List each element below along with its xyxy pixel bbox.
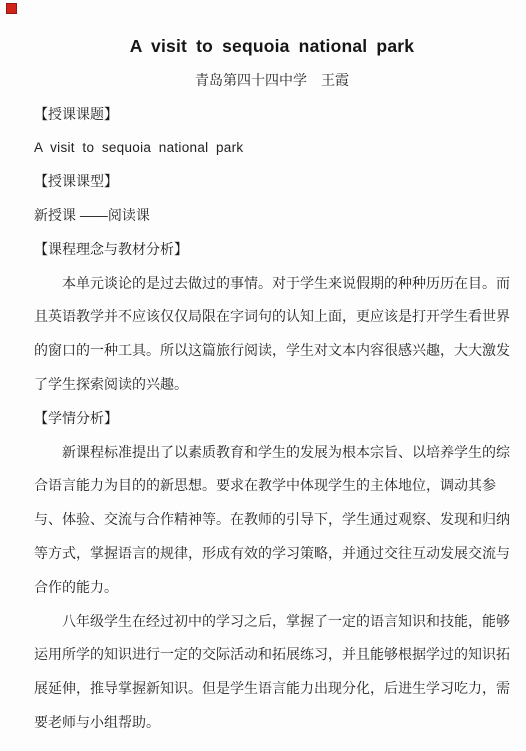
heading-lesson-type: 【授课课型】: [34, 165, 510, 199]
text-line: 八年级学生在经过初中的学习之后，掌握了一定的语言知识和技能，能够: [34, 605, 510, 639]
document-title: A visit to sequoia national park: [34, 30, 510, 64]
text-line: 要老师与小组帮助。: [34, 706, 510, 740]
heading-learner-analysis: 【学情分析】: [34, 402, 510, 436]
heading-lesson-topic: 【授课课题】: [34, 98, 510, 132]
text-line: 等方式，掌握语言的规律，形成有效的学习策略，并通过交往互动发展交流与: [34, 537, 510, 571]
document-byline: 青岛第四十四中学 王霞: [34, 64, 510, 98]
text-line: 了学生探索阅读的兴趣。: [34, 368, 510, 402]
text-line: 合语言能力为目的的新思想。要求在教学中体现学生的主体地位，调动其参: [34, 469, 510, 503]
text-line: 与、体验、交流与合作精神等。在教师的引导下，学生通过观察、发现和归纳: [34, 503, 510, 537]
text-line: 展延伸，推导掌握新知识。但是学生语言能力出现分化，后进生学习吃力，需: [34, 672, 510, 706]
text-line: 且英语教学并不应该仅仅局限在字词句的认知上面，更应该是打开学生看世界: [34, 300, 510, 334]
text-line: 新课程标准提出了以素质教育和学生的发展为根本宗旨、以培养学生的综: [34, 436, 510, 470]
text-line: 的窗口的一种工具。所以这篇旅行阅读，学生对文本内容很感兴趣，大大激发: [34, 334, 510, 368]
text-line: 运用所学的知识进行一定的交际活动和拓展练习，并且能够根据学过的知识拓: [34, 638, 510, 672]
text-line: 本单元谈论的是过去做过的事情。对于学生来说假期的种种历历在目。而: [34, 267, 510, 301]
heading-course-concept: 【课程理念与教材分析】: [34, 233, 510, 267]
document-page: A visit to sequoia national park 青岛第四十四中…: [34, 30, 510, 740]
lesson-topic-text: A visit to sequoia national park: [34, 131, 510, 165]
lesson-type-text: 新授课 ——阅读课: [34, 199, 510, 233]
text-line: 合作的能力。: [34, 571, 510, 605]
red-marker: [6, 3, 17, 14]
